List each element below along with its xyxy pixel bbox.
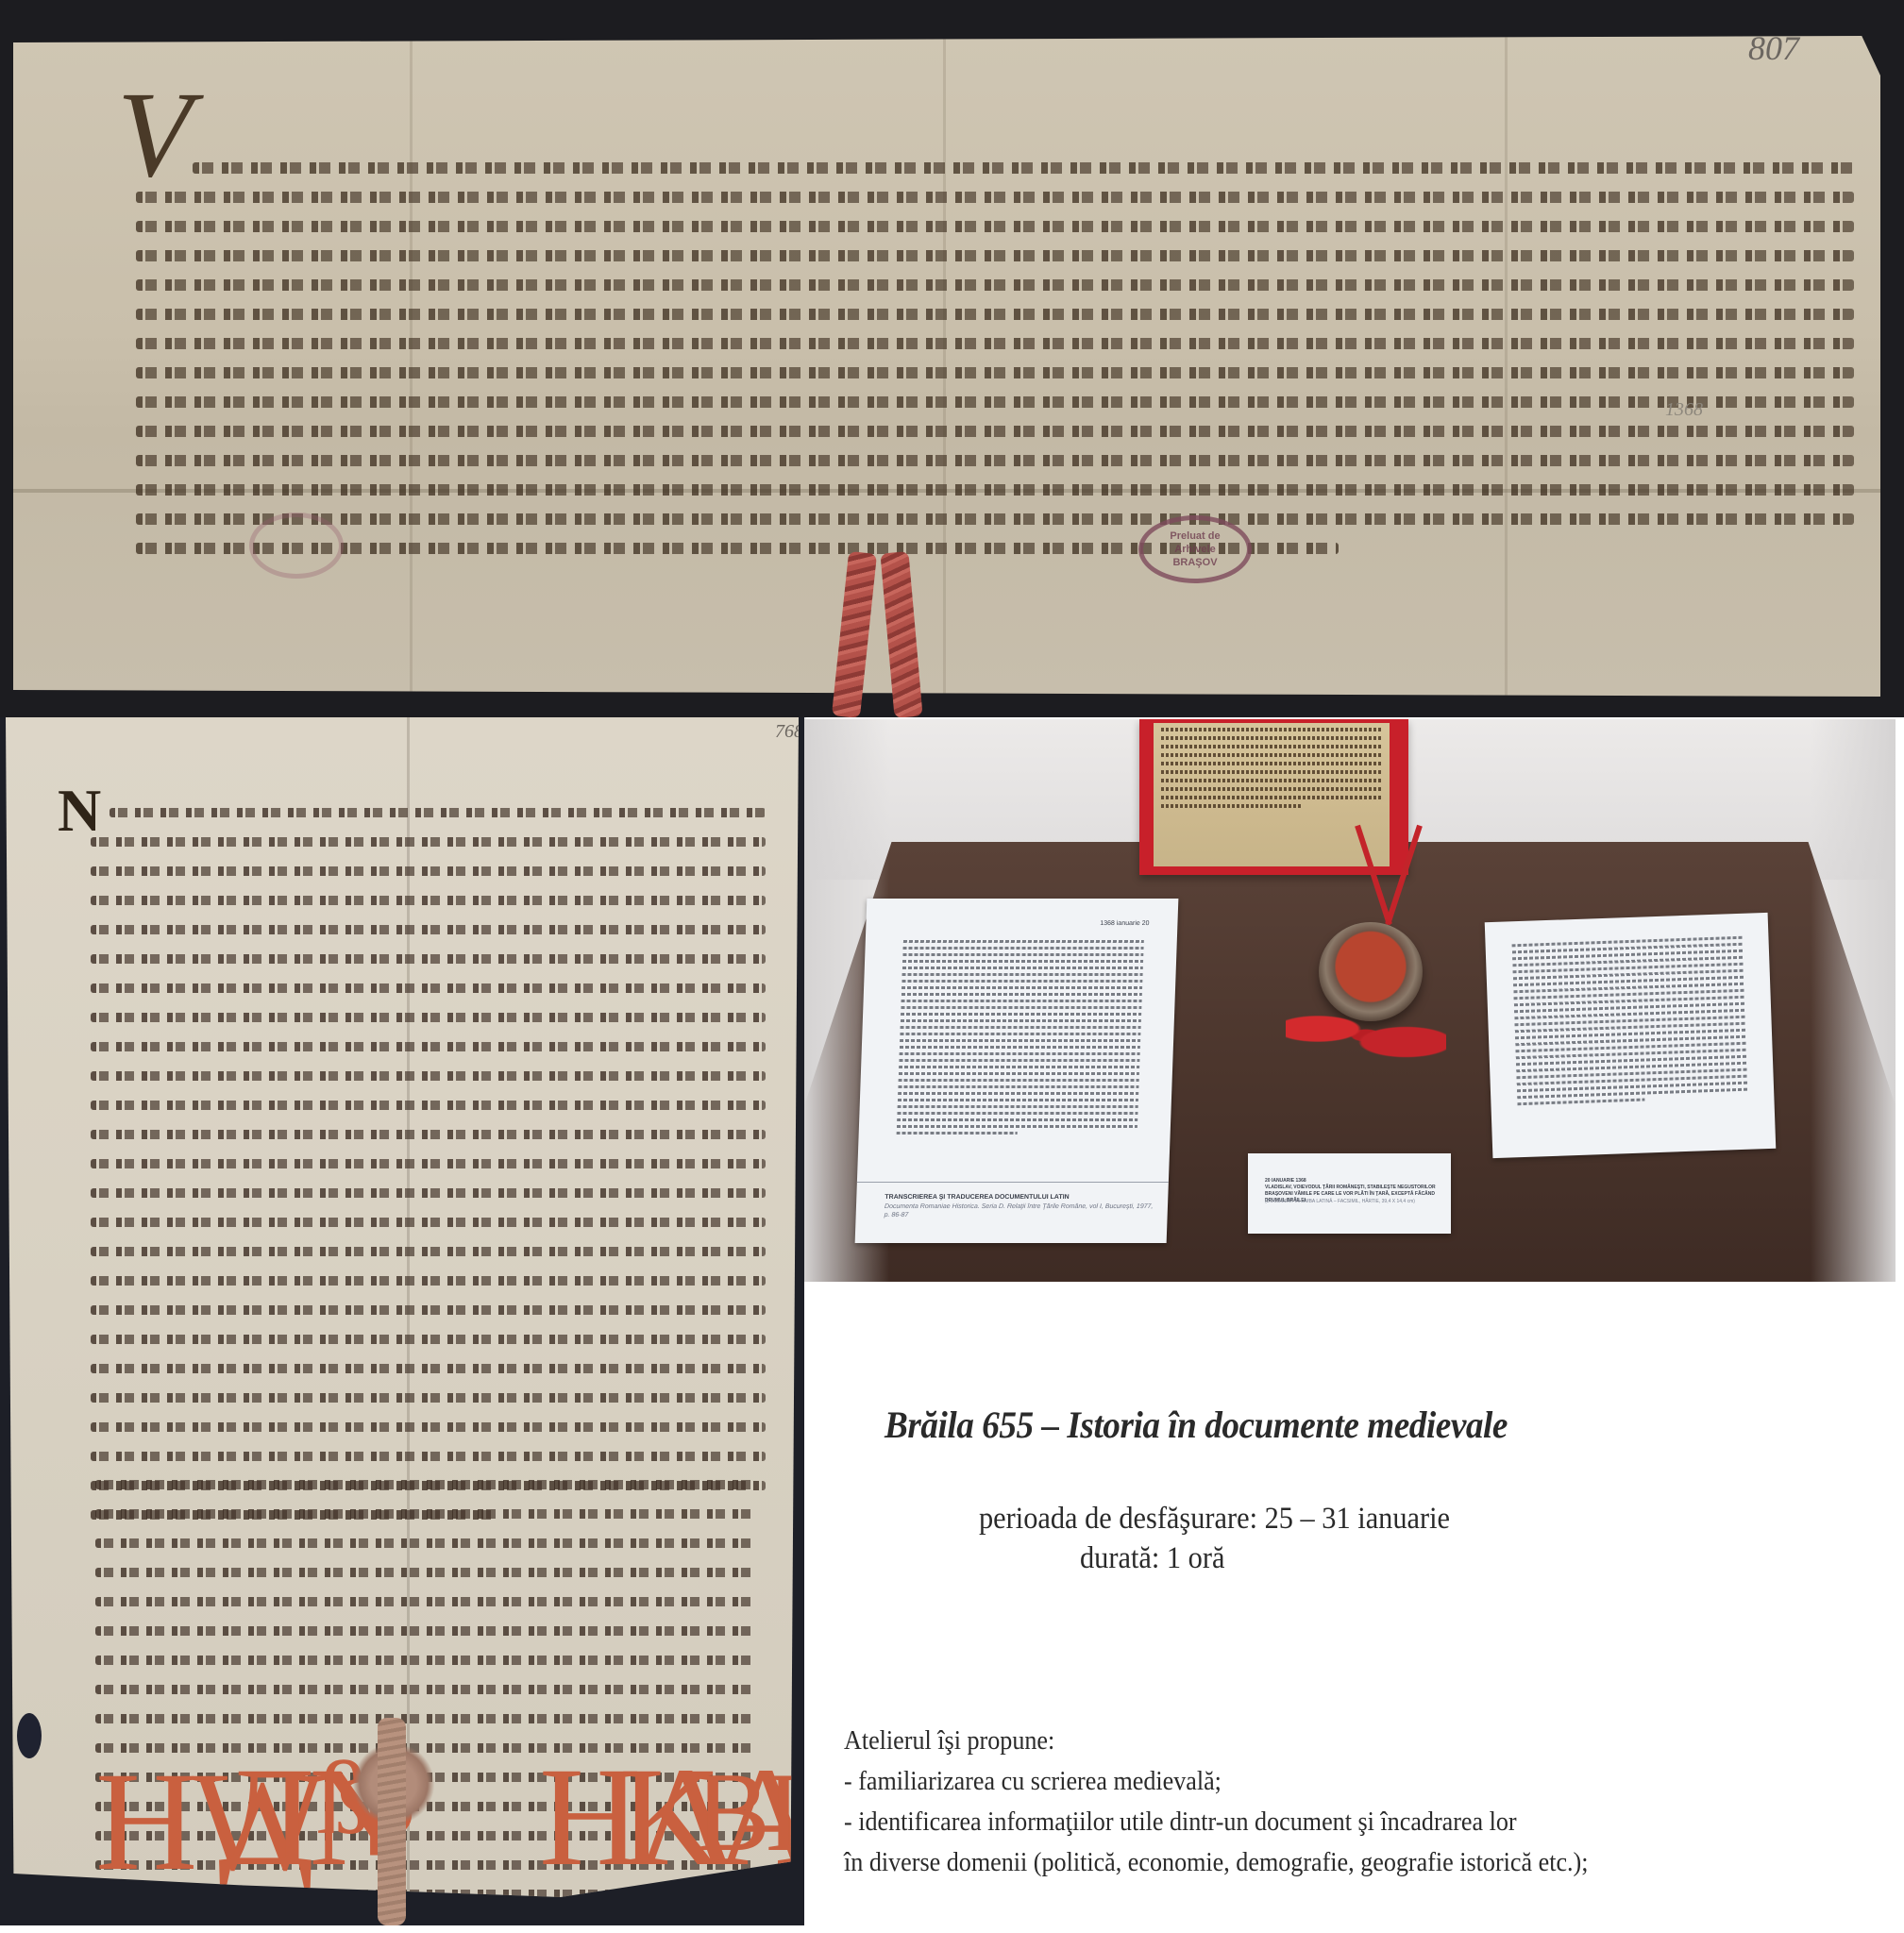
- stamp-line: BRAŞOV: [1143, 556, 1247, 569]
- event-title: Brăila 655 – Istoria în documente mediev…: [885, 1403, 1675, 1447]
- latin-charter-parchment: V 807 1368 Preluat de Arhivele BRAŞOV: [13, 36, 1880, 697]
- sheet-footer-source: Documenta Romaniae Historica. Seria D. R…: [885, 1202, 1159, 1219]
- top-charter-photo: V 807 1368 Preluat de Arhivele BRAŞOV: [0, 0, 1904, 717]
- translation-sheet: [1485, 913, 1777, 1158]
- sheet-date-heading: 1368 ianuarie 20: [1100, 919, 1149, 928]
- goals-intro: Atelierul îşi propune:: [844, 1721, 1778, 1761]
- event-duration: durată: 1 oră: [1080, 1541, 1224, 1576]
- margin-year-note: 1368: [1665, 399, 1703, 421]
- goal-item: - familiarizarea cu scrierea medievală;: [844, 1761, 1778, 1802]
- parchment-hole: [17, 1713, 42, 1758]
- original-charter: [1154, 723, 1390, 866]
- sheet-footer-title: TRANSCRIEREA ŞI TRADUCEREA DOCUMENTULUI …: [885, 1193, 1070, 1202]
- bilingual-charter-photo: 768 N ΗW ДΝ ßβ ΗΛ ΚΑ ΒΙ: [0, 717, 806, 1925]
- transcription-sheet: 1368 ianuarie 20 TRANSCRIEREA ŞI TRADUCE…: [855, 899, 1179, 1243]
- seal-cord: [378, 1718, 406, 1925]
- shelf-mark-number: 768: [775, 721, 803, 743]
- faint-archive-stamp: [249, 513, 344, 579]
- workshop-info: Brăila 655 – Istoria în documente mediev…: [804, 1282, 1904, 1933]
- label-note: (DOCUMENT ÎN LIMBA LATINĂ – FACSIMIL, HÂ…: [1265, 1199, 1440, 1205]
- sheet-divider: [857, 1182, 1169, 1183]
- stamp-line: Arhivele: [1143, 543, 1247, 556]
- red-monogram: ΒΙ: [695, 1756, 797, 1869]
- display-case-photo: 1368 ianuarie 20 TRANSCRIEREA ŞI TRADUCE…: [804, 719, 1896, 1282]
- goal-item: în diverse domenii (politică, economie, …: [844, 1842, 1778, 1883]
- goal-item: - identificarea informaţiilor utile dint…: [844, 1802, 1778, 1842]
- event-period: perioada de desfăşurare: 25 – 31 ianuari…: [979, 1502, 1450, 1537]
- archive-stamp: Preluat de Arhivele BRAŞOV: [1138, 515, 1252, 583]
- red-tassel: [1286, 1002, 1446, 1068]
- label-date: 20 IANUARIE 1368: [1265, 1178, 1440, 1185]
- workshop-goals: Atelierul îşi propune: - familiarizarea …: [844, 1721, 1882, 1883]
- transcription-text: [897, 936, 1144, 1138]
- stamp-line: Preluat de: [1143, 529, 1247, 543]
- shelf-mark-number: 807: [1748, 28, 1799, 68]
- glass-reflection: [1811, 719, 1896, 1282]
- latin-script-text: [136, 154, 1854, 563]
- latin-script-text: [91, 800, 766, 1532]
- exhibit-label-card: 20 IANUARIE 1368 VLADISLAV, VOIEVODUL ŢĂ…: [1248, 1153, 1451, 1234]
- translation-text: [1511, 933, 1748, 1109]
